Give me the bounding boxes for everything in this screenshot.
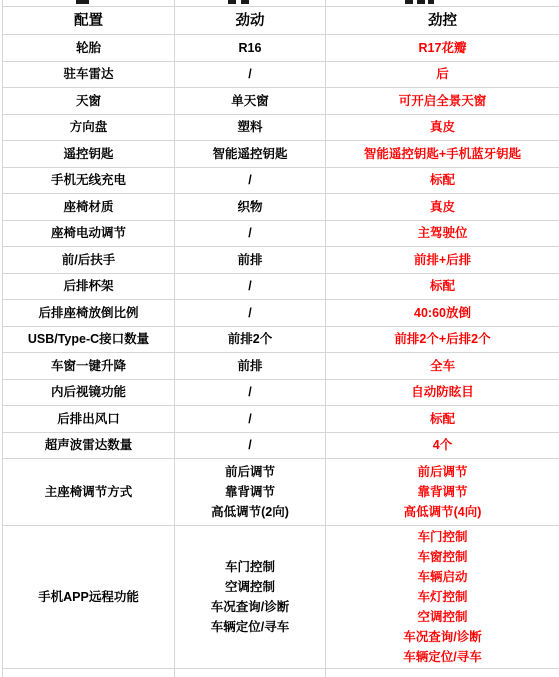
cell-text: / bbox=[248, 64, 251, 84]
cropped-text-remnant bbox=[417, 0, 425, 4]
jinkong-value-cell: 车门控制车窗控制车辆启动车灯控制空调控制车况查询/诊断车辆定位/寻车 bbox=[326, 526, 559, 669]
jinkong-value-cell: 真皮 bbox=[326, 115, 559, 142]
jindong-value-cell: / bbox=[175, 274, 326, 301]
cell-text: 劲动 bbox=[236, 11, 265, 31]
table-row: 手机无线充电/标配 bbox=[3, 168, 559, 195]
jindong-value-cell: 前排2个 bbox=[175, 327, 326, 354]
config-label-cell: 后排座椅放倒比例 bbox=[3, 300, 175, 327]
table-row: 驻车雷达/后 bbox=[3, 62, 559, 89]
cropped-text-remnant bbox=[76, 0, 89, 4]
jinkong-value-cell: 主驾驶位 bbox=[326, 221, 559, 248]
cell-text: R16 bbox=[239, 38, 262, 58]
header-cell: 劲动 bbox=[175, 7, 326, 35]
cell-text: 高低调节(4向) bbox=[404, 502, 482, 522]
cell-text: / bbox=[248, 382, 251, 402]
cell-text: 车窗一键升降 bbox=[51, 356, 126, 376]
cell-text: 方向盘 bbox=[70, 117, 108, 137]
cell-text: 轮胎 bbox=[76, 38, 101, 58]
table-header-row: 配置劲动劲控 bbox=[3, 7, 559, 35]
cropped-text-remnant bbox=[405, 0, 413, 4]
empty-cell bbox=[3, 669, 175, 677]
spreadsheet-screenshot: 配置劲动劲控轮胎R16R17花瓣驻车雷达/后天窗单天窗可开启全景天窗方向盘塑料真… bbox=[0, 0, 559, 677]
cell-text: R17花瓣 bbox=[419, 38, 467, 58]
jindong-value-cell: / bbox=[175, 300, 326, 327]
cell-text: 后 bbox=[436, 64, 449, 84]
cell-text: 靠背调节 bbox=[417, 482, 467, 502]
config-label-cell: 天窗 bbox=[3, 88, 175, 115]
cell-text: 劲控 bbox=[428, 11, 457, 31]
cropped-text-remnant bbox=[228, 0, 236, 4]
cell-text: 驻车雷达 bbox=[63, 64, 113, 84]
cell-text: 超声波雷达数量 bbox=[45, 435, 133, 455]
cell-text: 40:60放倒 bbox=[414, 303, 471, 323]
cell-text: 高低调节(2向) bbox=[211, 502, 289, 522]
config-label-cell: USB/Type-C接口数量 bbox=[3, 327, 175, 354]
jinkong-value-cell: 全车 bbox=[326, 353, 559, 380]
table-row: 前/后扶手前排前排+后排 bbox=[3, 247, 559, 274]
cell-text: / bbox=[248, 170, 251, 190]
cell-text: 前排+后排 bbox=[414, 250, 471, 270]
cell-text: 车门控制 bbox=[417, 527, 467, 547]
jinkong-value-cell: 标配 bbox=[326, 168, 559, 195]
table-row: 轮胎R16R17花瓣 bbox=[3, 35, 559, 62]
jinkong-value-cell: 后 bbox=[326, 62, 559, 89]
jindong-value-cell: 前后调节靠背调节高低调节(2向) bbox=[175, 459, 326, 526]
jindong-value-cell: / bbox=[175, 406, 326, 433]
cell-text: 标配 bbox=[430, 276, 455, 296]
cell-text: 前排 bbox=[237, 356, 262, 376]
config-label-cell: 遥控钥匙 bbox=[3, 141, 175, 168]
cell-text: 车辆定位/寻车 bbox=[211, 617, 289, 637]
table-row: 后排出风口/标配 bbox=[3, 406, 559, 433]
cell-text: 前后调节 bbox=[225, 462, 275, 482]
config-label-cell: 手机无线充电 bbox=[3, 168, 175, 195]
cell-text: 4个 bbox=[433, 435, 452, 455]
config-label-cell: 车窗一键升降 bbox=[3, 353, 175, 380]
jindong-value-cell: 织物 bbox=[175, 194, 326, 221]
cell-text: USB/Type-C接口数量 bbox=[28, 329, 149, 349]
jindong-value-cell: / bbox=[175, 62, 326, 89]
jindong-value-cell: 车门控制空调控制车况查询/诊断车辆定位/寻车 bbox=[175, 526, 326, 669]
table-row: 内后视镜功能/自动防眩目 bbox=[3, 380, 559, 407]
cell-text: 车况查询/诊断 bbox=[211, 597, 289, 617]
cell-text: 全车 bbox=[430, 356, 455, 376]
config-label-cell: 座椅电动调节 bbox=[3, 221, 175, 248]
jinkong-value-cell: 标配 bbox=[326, 274, 559, 301]
jinkong-value-cell: R17花瓣 bbox=[326, 35, 559, 62]
table-row: 天窗单天窗可开启全景天窗 bbox=[3, 88, 559, 115]
jinkong-value-cell: 前排2个+后排2个 bbox=[326, 327, 559, 354]
config-label-cell: 手机APP远程功能 bbox=[3, 526, 175, 669]
jindong-value-cell: 智能遥控钥匙 bbox=[175, 141, 326, 168]
jinkong-value-cell: 前后调节靠背调节高低调节(4向) bbox=[326, 459, 559, 526]
table-row: 后排杯架/标配 bbox=[3, 274, 559, 301]
cell-text: 车辆启动 bbox=[417, 567, 467, 587]
cell-text: 自动防眩目 bbox=[411, 382, 474, 402]
config-label-cell: 前/后扶手 bbox=[3, 247, 175, 274]
cell-text: 前排 bbox=[237, 250, 262, 270]
config-label-cell: 内后视镜功能 bbox=[3, 380, 175, 407]
cell-text: 车窗控制 bbox=[417, 547, 467, 567]
cell-text: 后排杯架 bbox=[63, 276, 113, 296]
table-row: 座椅材质织物真皮 bbox=[3, 194, 559, 221]
jindong-value-cell: / bbox=[175, 221, 326, 248]
cell-text: 真皮 bbox=[430, 117, 455, 137]
table-row: USB/Type-C接口数量前排2个前排2个+后排2个 bbox=[3, 327, 559, 354]
cell-text: 天窗 bbox=[76, 91, 101, 111]
jinkong-value-cell: 真皮 bbox=[326, 194, 559, 221]
jinkong-value-cell: 前排+后排 bbox=[326, 247, 559, 274]
header-cell: 劲控 bbox=[326, 7, 559, 35]
trim-comparison-table: 配置劲动劲控轮胎R16R17花瓣驻车雷达/后天窗单天窗可开启全景天窗方向盘塑料真… bbox=[2, 6, 559, 677]
cell-text: 智能遥控钥匙+手机蓝牙钥匙 bbox=[364, 144, 521, 164]
jinkong-value-cell: 智能遥控钥匙+手机蓝牙钥匙 bbox=[326, 141, 559, 168]
jinkong-value-cell: 标配 bbox=[326, 406, 559, 433]
cell-text: 前排2个+后排2个 bbox=[394, 329, 490, 349]
cell-text: / bbox=[248, 276, 251, 296]
table-row: 方向盘塑料真皮 bbox=[3, 115, 559, 142]
jindong-value-cell: 单天窗 bbox=[175, 88, 326, 115]
cell-text: 配置 bbox=[74, 11, 103, 31]
empty-cell bbox=[175, 669, 326, 677]
table-row: 手机APP远程功能车门控制空调控制车况查询/诊断车辆定位/寻车车门控制车窗控制车… bbox=[3, 526, 559, 669]
jinkong-value-cell: 4个 bbox=[326, 433, 559, 460]
cell-text: 车灯控制 bbox=[417, 587, 467, 607]
cell-text: / bbox=[248, 303, 251, 323]
cell-text: 前排2个 bbox=[228, 329, 272, 349]
cell-text: / bbox=[248, 409, 251, 429]
cropped-bottom-row bbox=[3, 669, 559, 677]
cell-text: 主驾驶位 bbox=[417, 223, 467, 243]
empty-cell bbox=[326, 669, 559, 677]
cell-text: 真皮 bbox=[430, 197, 455, 217]
header-cell: 配置 bbox=[3, 7, 175, 35]
cropped-text-remnant bbox=[241, 0, 249, 4]
cell-text: 车况查询/诊断 bbox=[403, 627, 481, 647]
jindong-value-cell: 前排 bbox=[175, 353, 326, 380]
config-label-cell: 后排出风口 bbox=[3, 406, 175, 433]
cell-text: 车门控制 bbox=[225, 557, 275, 577]
cell-text: / bbox=[248, 435, 251, 455]
config-label-cell: 超声波雷达数量 bbox=[3, 433, 175, 460]
config-label-cell: 方向盘 bbox=[3, 115, 175, 142]
cell-text: 座椅电动调节 bbox=[51, 223, 126, 243]
cell-text: 内后视镜功能 bbox=[51, 382, 126, 402]
cell-text: 靠背调节 bbox=[225, 482, 275, 502]
table-row: 超声波雷达数量/4个 bbox=[3, 433, 559, 460]
table-row: 车窗一键升降前排全车 bbox=[3, 353, 559, 380]
cell-text: 座椅材质 bbox=[63, 197, 113, 217]
jindong-value-cell: / bbox=[175, 433, 326, 460]
cell-text: 智能遥控钥匙 bbox=[212, 144, 287, 164]
cell-text: 后排座椅放倒比例 bbox=[38, 303, 138, 323]
cell-text: 前/后扶手 bbox=[62, 250, 115, 270]
table-row: 座椅电动调节/主驾驶位 bbox=[3, 221, 559, 248]
jindong-value-cell: / bbox=[175, 168, 326, 195]
cell-text: 主座椅调节方式 bbox=[45, 482, 133, 502]
config-label-cell: 主座椅调节方式 bbox=[3, 459, 175, 526]
cell-text: 空调控制 bbox=[225, 577, 275, 597]
cell-text: 标配 bbox=[430, 409, 455, 429]
cell-text: 手机无线充电 bbox=[51, 170, 126, 190]
config-label-cell: 驻车雷达 bbox=[3, 62, 175, 89]
cell-text: 遥控钥匙 bbox=[63, 144, 113, 164]
cropped-text-remnant bbox=[428, 0, 434, 4]
config-label-cell: 后排杯架 bbox=[3, 274, 175, 301]
jinkong-value-cell: 自动防眩目 bbox=[326, 380, 559, 407]
config-label-cell: 轮胎 bbox=[3, 35, 175, 62]
cell-text: 织物 bbox=[237, 197, 262, 217]
table-row: 后排座椅放倒比例/40:60放倒 bbox=[3, 300, 559, 327]
jindong-value-cell: 塑料 bbox=[175, 115, 326, 142]
table-row: 主座椅调节方式前后调节靠背调节高低调节(2向)前后调节靠背调节高低调节(4向) bbox=[3, 459, 559, 526]
cell-text: 后排出风口 bbox=[57, 409, 120, 429]
table-row: 遥控钥匙智能遥控钥匙智能遥控钥匙+手机蓝牙钥匙 bbox=[3, 141, 559, 168]
cell-text: 空调控制 bbox=[417, 607, 467, 627]
jinkong-value-cell: 40:60放倒 bbox=[326, 300, 559, 327]
cell-text: 塑料 bbox=[237, 117, 262, 137]
cell-text: 车辆定位/寻车 bbox=[403, 647, 481, 667]
config-label-cell: 座椅材质 bbox=[3, 194, 175, 221]
jindong-value-cell: / bbox=[175, 380, 326, 407]
jinkong-value-cell: 可开启全景天窗 bbox=[326, 88, 559, 115]
jindong-value-cell: 前排 bbox=[175, 247, 326, 274]
jindong-value-cell: R16 bbox=[175, 35, 326, 62]
cell-text: 标配 bbox=[430, 170, 455, 190]
cell-text: 可开启全景天窗 bbox=[399, 91, 487, 111]
cell-text: 手机APP远程功能 bbox=[38, 587, 139, 607]
cell-text: 单天窗 bbox=[231, 91, 269, 111]
cell-text: 前后调节 bbox=[417, 462, 467, 482]
cell-text: / bbox=[248, 223, 251, 243]
